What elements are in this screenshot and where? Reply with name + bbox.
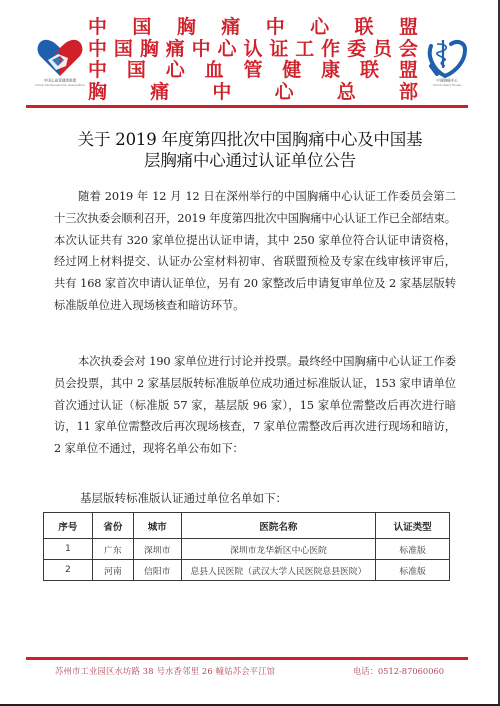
table-header-row: 序号 省份 城市 医院名称 认证类型 bbox=[44, 513, 450, 539]
table-row: 1 广东 深圳市 深圳市龙华新区中心医院 标准版 bbox=[44, 539, 450, 560]
cell-province: 广东 bbox=[92, 539, 133, 560]
footer-phone: 电话：0512-87060060 bbox=[353, 665, 444, 677]
heart-handshake-logo-icon bbox=[36, 36, 84, 78]
header-index: 序号 bbox=[44, 513, 93, 539]
org-line-3: 中国心血管健康联盟 bbox=[88, 60, 418, 82]
org-line-4: 胸痛中心总部 bbox=[88, 82, 418, 104]
right-logo-caption: 中国胸痛中心 bbox=[423, 78, 472, 83]
table-row: 2 河南 信阳市 息县人民医院（武汉大学人民医院息县医院） 标准版 bbox=[44, 560, 450, 581]
cell-city: 信阳市 bbox=[133, 560, 181, 581]
cell-hospital-name: 深圳市龙华新区中心医院 bbox=[181, 539, 375, 560]
right-logo-caption-en: China Heart House bbox=[420, 83, 474, 87]
org-line-1: 中国胸痛中心联盟 bbox=[88, 17, 418, 39]
cell-index: 2 bbox=[44, 560, 93, 581]
certified-units-table: 序号 省份 城市 医院名称 认证类型 1 广东 深圳市 深圳市龙华新区中心医院 … bbox=[43, 512, 450, 581]
organization-names: 中国胸痛中心联盟 中国胸痛中心认证工作委员会 中国心血管健康联盟 胸痛中心总部 bbox=[88, 17, 418, 103]
left-logo-caption-en: China Cardiovascular Association bbox=[33, 83, 87, 87]
left-logo-caption: 中国心血管健康联盟 bbox=[36, 78, 85, 83]
cell-certification-type: 标准版 bbox=[376, 539, 450, 560]
header-certification-type: 认证类型 bbox=[376, 513, 450, 539]
footer-divider bbox=[26, 657, 468, 660]
title-line-1: 关于 2019 年度第四批次中国胸痛中心及中国基 bbox=[30, 129, 470, 150]
header-hospital-name: 医院名称 bbox=[181, 513, 375, 539]
announcement-title: 关于 2019 年度第四批次中国胸痛中心及中国基 层胸痛中心通过认证单位公告 bbox=[30, 129, 470, 171]
header-province: 省份 bbox=[92, 513, 133, 539]
header-divider bbox=[26, 105, 468, 108]
cell-certification-type: 标准版 bbox=[376, 560, 450, 581]
china-cardiovascular-association-logo: 中国心血管健康联盟 China Cardiovascular Associati… bbox=[33, 36, 87, 92]
header-city: 城市 bbox=[133, 513, 181, 539]
table-caption: 基层版转标准版认证通过单位名单如下： bbox=[80, 490, 287, 506]
paragraph-2: 本次执委会对 190 家单位进行讨论并投票。最终经中国胸痛中心认证工作委员会投票… bbox=[54, 351, 456, 460]
org-line-2: 中国胸痛中心认证工作委员会 bbox=[88, 39, 418, 61]
footer-address: 苏州市工业园区水坊路 38 号水香邻里 26 幢姑苏会平江馆 bbox=[55, 665, 275, 677]
caduceus-heart-logo-icon bbox=[425, 36, 469, 78]
cell-hospital-name: 息县人民医院（武汉大学人民医院息县医院） bbox=[181, 560, 375, 581]
cell-index: 1 bbox=[44, 539, 93, 560]
cell-province: 河南 bbox=[92, 560, 133, 581]
cell-city: 深圳市 bbox=[133, 539, 181, 560]
paragraph-1: 随着 2019 年 12 月 12 日在深州举行的中国胸痛中心认证工作委员会第二… bbox=[54, 186, 456, 317]
letterhead: 中国心血管健康联盟 China Cardiovascular Associati… bbox=[0, 0, 500, 112]
china-heart-house-logo: 中国胸痛中心 China Heart House bbox=[420, 36, 474, 92]
title-line-2: 层胸痛中心通过认证单位公告 bbox=[30, 150, 470, 171]
